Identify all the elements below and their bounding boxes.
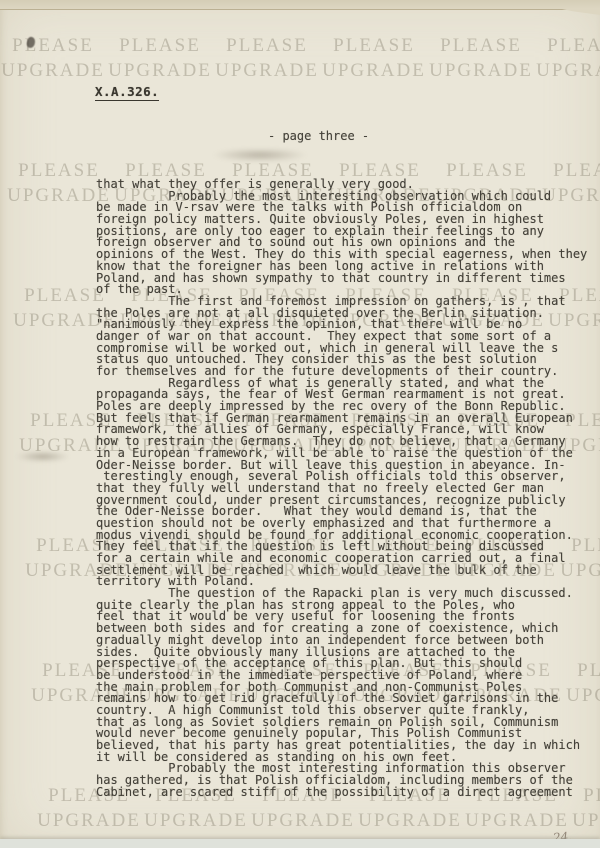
watermark-text: PLEASEUPGRADE (212, 33, 322, 83)
watermark-text: PLEASEUPGRADE (533, 33, 600, 83)
scan-bottom-edge (0, 839, 600, 848)
ink-smudge (212, 148, 308, 162)
document-reference: X.A.326. (95, 84, 159, 101)
paper-top-edge (0, 0, 600, 10)
watermark-text: PLEASEUPGRADE (0, 33, 108, 83)
page-header: - page three - (268, 129, 369, 143)
typed-line: Cabinet, are scared stiff of the possibi… (96, 787, 600, 799)
watermark-text: PLEASEUPGRADE (105, 33, 215, 83)
watermark-text: PLEASEUPGRADE (426, 33, 536, 83)
document-body: that what they offer is generally very g… (96, 179, 600, 798)
watermark-text: PLEASEUPGRADE (319, 33, 429, 83)
ink-smudge (16, 451, 70, 462)
scanned-document-page: PLEASEUPGRADEPLEASEUPGRADEPLEASEUPGRADEP… (0, 0, 600, 848)
